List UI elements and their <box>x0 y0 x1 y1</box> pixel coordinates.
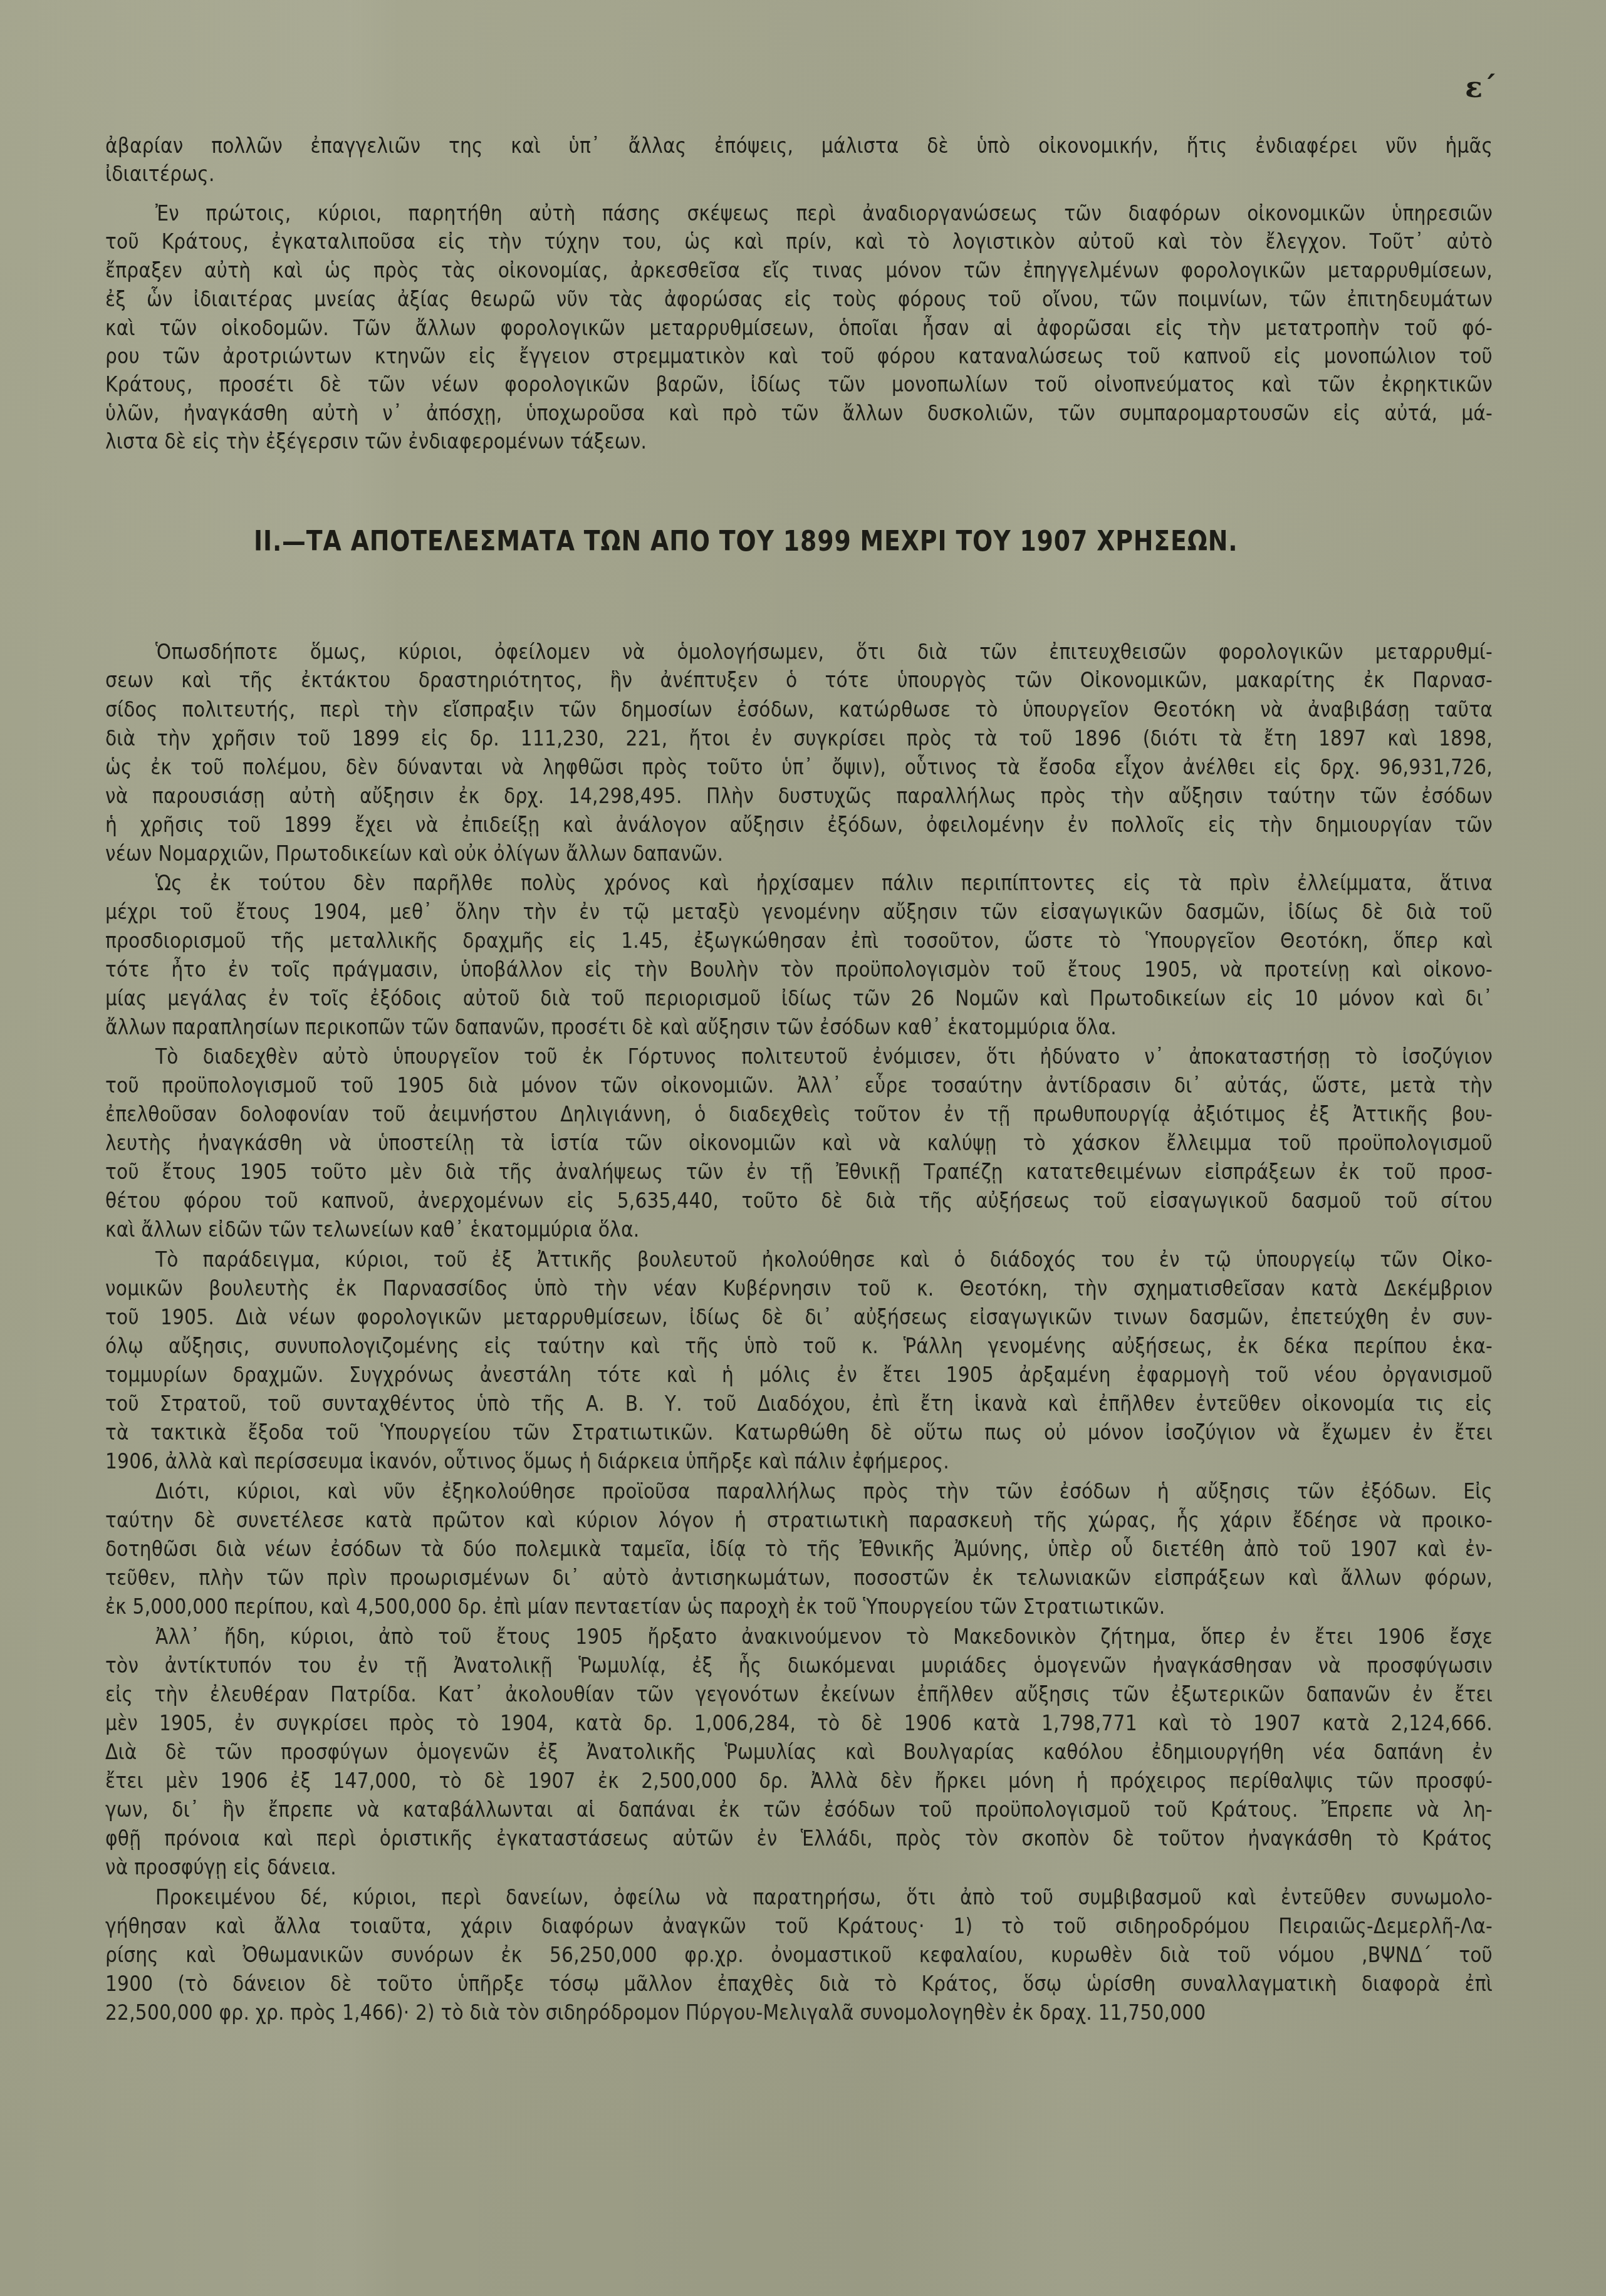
text-line: τοῦ ἔτους 1905 τοῦτο μὲν διὰ τῆς ἀναλήψε… <box>105 1158 1493 1186</box>
text-line: Τὸ διαδεχθὲν αὐτὸ ὑπουργεῖον τοῦ ἐκ Γόρτ… <box>105 1042 1493 1071</box>
page-number: ε΄ <box>1465 70 1497 104</box>
text-line: Ἀλλ᾽ ἤδη, κύριοι, ἀπὸ τοῦ ἔτους 1905 ἤρξ… <box>105 1623 1493 1651</box>
text-line: Ὁπωσδήποτε ὅμως, κύριοι, ὀφείλομεν νὰ ὁμ… <box>105 638 1493 666</box>
text-line: σίδος πολιτευτής, περὶ τὴν εἴσπραξιν τῶν… <box>105 695 1493 724</box>
text-line: Προκειμένου δέ, κύριοι, περὶ δανείων, ὀφ… <box>105 1883 1493 1911</box>
text-line: τοῦ 1905. Διὰ νέων φορολογικῶν μεταρρυθμ… <box>105 1303 1493 1331</box>
text-line: μίας μεγάλας ἐν τοῖς ἐξόδοις αὐτοῦ διὰ τ… <box>105 984 1493 1012</box>
text-line: νὰ παρουσιάσῃ αὐτὴ αὔξησιν ἐκ δρχ. 14,29… <box>105 782 1493 810</box>
text-line: Τὸ παράδειγμα, κύριοι, τοῦ ἐξ Ἀττικῆς βο… <box>105 1245 1493 1274</box>
text-line: ἰδιαιτέρως. <box>105 160 1493 188</box>
text-line: Κράτους, προσέτι δὲ τῶν νέων φορολογικῶν… <box>105 370 1493 398</box>
text-line: εἰς τὴν ἐλευθέραν Πατρίδα. Κατ᾽ ἀκολουθί… <box>105 1680 1493 1708</box>
text-line: τὸν ἀντίκτυπόν του ἐν τῇ Ἀνατολικῇ Ῥωμυλ… <box>105 1651 1493 1680</box>
section-heading: ΙΙ.—ΤΑ ΑΠΟΤΕΛΕΣΜΑΤΑ ΤΩΝ ΑΠΟ ΤΟΥ 1899 ΜΕΧ… <box>254 523 1170 561</box>
text-line: ἄλλων παραπλησίων περικοπῶν τῶν δαπανῶν,… <box>105 1013 1493 1041</box>
text-line: τὰ τακτικὰ ἔξοδα τοῦ Ὑπουργείου τῶν Στρα… <box>105 1418 1493 1447</box>
text-line: λιστα δὲ εἰς τὴν ἐξέγερσιν τῶν ἐνδιαφερο… <box>105 427 1493 455</box>
text-line: σεων καὶ τῆς ἐκτάκτου δραστηριότητος, ἣν… <box>105 666 1493 694</box>
text-line: Διὰ δὲ τῶν προσφύγων ὁμογενῶν ἐξ Ἀνατολι… <box>105 1738 1493 1766</box>
text-line: καὶ τῶν οἰκοδομῶν. Τῶν ἄλλων φορολογικῶν… <box>105 314 1493 342</box>
text-line: διὰ τὴν χρῆσιν τοῦ 1899 εἰς δρ. 111,230,… <box>105 724 1493 752</box>
text-line: δοτηθῶσι διὰ νέων ἐσόδων τὰ δύο πολεμικὰ… <box>105 1535 1493 1563</box>
text-line: προσδιορισμοῦ τῆς μεταλλικῆς δραχμῆς εἰς… <box>105 927 1493 955</box>
text-line: Διότι, κύριοι, καὶ νῦν ἐξηκολούθησε προϊ… <box>105 1477 1493 1505</box>
text-line: μέχρι τοῦ ἔτους 1904, μεθ᾽ ὅλην τὴν ἐν τ… <box>105 898 1493 926</box>
text-line: 1900 (τὸ δάνειον δὲ τοῦτο ὑπῆρξε τόσῳ μᾶ… <box>105 1970 1493 1998</box>
text-line: ἐξ ὧν ἰδιαιτέρας μνείας ἀξίας θεωρῶ νῦν … <box>105 285 1493 313</box>
section-2-text: Ὁπωσδήποτε ὅμως, κύριοι, ὀφείλομεν νὰ ὁμ… <box>105 638 1493 2041</box>
text-line: ἀβαρίαν πολλῶν ἐπαγγελιῶν της καὶ ὑπ᾽ ἄλ… <box>105 132 1493 160</box>
text-line: καὶ ἄλλων εἰδῶν τῶν τελωνείων καθ᾽ ἑκατο… <box>105 1215 1493 1244</box>
text-line: λευτὴς ἠναγκάσθη νὰ ὑποστείλῃ τὰ ἱστία τ… <box>105 1129 1493 1157</box>
text-line: τοῦ Στρατοῦ, τοῦ συνταχθέντος ὑπὸ τῆς Α.… <box>105 1390 1493 1418</box>
text-line: θέτου φόρου τοῦ καπνοῦ, ἀνερχομένων εἰς … <box>105 1187 1493 1215</box>
text-line: τομμυρίων δραχμῶν. Συγχρόνως ἀνεστάλη τό… <box>105 1361 1493 1389</box>
text-line: γων, δι᾽ ἣν ἔπρεπε νὰ καταβάλλωνται αἱ δ… <box>105 1795 1493 1824</box>
text-line: τότε ἦτο ἐν τοῖς πράγμασιν, ὑποβάλλον εἰ… <box>105 955 1493 984</box>
text-line: τοῦ προϋπολογισμοῦ τοῦ 1905 διὰ μόνον τῶ… <box>105 1071 1493 1099</box>
text-line: Ὡς ἐκ τούτου δὲν παρῆλθε πολὺς χρόνος κα… <box>105 869 1493 897</box>
text-line: νομικῶν βουλευτὴς ἐκ Παρνασσίδος ὑπὸ τὴν… <box>105 1274 1493 1302</box>
text-line: ὡς ἐκ τοῦ πολέμου, δὲν δύνανται νὰ ληφθῶ… <box>105 753 1493 781</box>
text-line: ταύτην δὲ συνετέλεσε κατὰ πρῶτον καὶ κύρ… <box>105 1506 1493 1534</box>
text-line: φθῇ πρόνοια καὶ περὶ ὁριστικῆς ἐγκαταστά… <box>105 1824 1493 1852</box>
text-line: ἔπραξεν αὐτὴ καὶ ὡς πρὸς τὰς οἰκονομίας,… <box>105 256 1493 284</box>
section-1-text: ἀβαρίαν πολλῶν ἐπαγγελιῶν της καὶ ὑπ᾽ ἄλ… <box>105 132 1493 457</box>
text-line: ὑλῶν, ἠναγκάσθη αὐτὴ ν᾽ ἀπόσχῃ, ὑποχωροῦ… <box>105 399 1493 427</box>
text-line: ρου τῶν ἀροτριώντων κτηνῶν εἰς ἔγγειον σ… <box>105 342 1493 370</box>
text-line: ἐπελθοῦσαν δολοφονίαν τοῦ ἀειμνήστου Δηλ… <box>105 1100 1493 1128</box>
text-line: νὰ προσφύγῃ εἰς δάνεια. <box>105 1853 1493 1881</box>
text-line: ἡ χρῆσις τοῦ 1899 ἔχει νὰ ἐπιδείξῃ καὶ ἀ… <box>105 811 1493 839</box>
text-line: γήθησαν καὶ ἄλλα τοιαῦτα, χάριν διαφόρων… <box>105 1912 1493 1940</box>
text-line: μὲν 1905, ἐν συγκρίσει πρὸς τὸ 1904, κατ… <box>105 1709 1493 1737</box>
text-line: Ἐν πρώτοις, κύριοι, παρητήθη αὐτὴ πάσης … <box>105 199 1493 227</box>
text-line: 1906, ἀλλὰ καὶ περίσσευμα ἱκανόν, οὗτινο… <box>105 1447 1493 1475</box>
text-line: τεῦθεν, πλὴν τῶν πρὶν προωρισμένων δι᾽ α… <box>105 1564 1493 1592</box>
text-line: νέων Νομαρχιῶν, Πρωτοδικείων καὶ οὐκ ὀλί… <box>105 839 1493 868</box>
text-line: ἔτει μὲν 1906 ἐξ 147,000, τὸ δὲ 1907 ἐκ … <box>105 1767 1493 1795</box>
text-line: τοῦ Κράτους, ἐγκαταλιποῦσα εἰς τὴν τύχην… <box>105 227 1493 256</box>
text-line: ρίσης καὶ Ὀθωμανικῶν συνόρων ἐκ 56,250,0… <box>105 1941 1493 1969</box>
text-line: ἐκ 5,000,000 περίπου, καὶ 4,500,000 δρ. … <box>105 1592 1493 1621</box>
text-line: όλῳ αὔξησις, συνυπολογιζομένης εἰς ταύτη… <box>105 1332 1493 1360</box>
text-line: 22,500,000 φρ. χρ. πρὸς 1,466)· 2) τὸ δι… <box>105 1998 1493 2027</box>
